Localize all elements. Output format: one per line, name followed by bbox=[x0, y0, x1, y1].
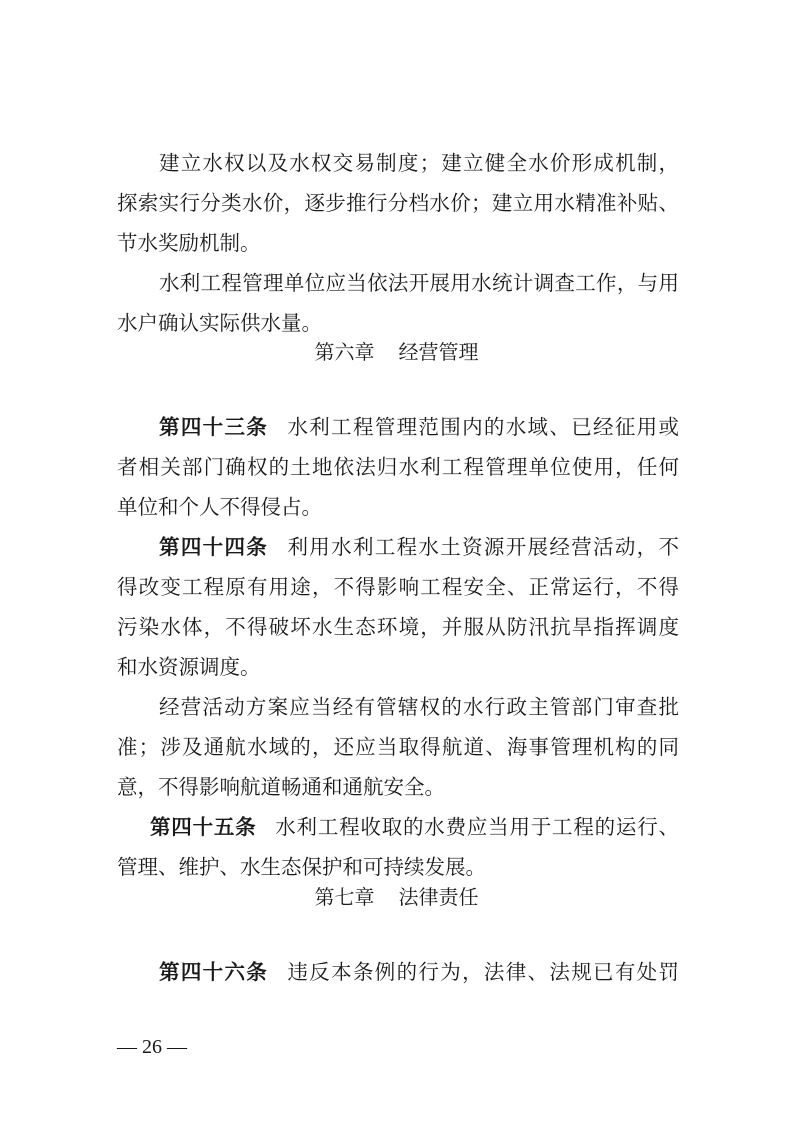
chapter-number: 第七章 bbox=[315, 885, 375, 909]
paragraph-line: 污染水体，不得破坏水生态环境，并服从防汛抗旱指挥调度 bbox=[117, 614, 679, 640]
chapter-heading: 第七章法律责任 bbox=[0, 884, 793, 910]
article-line: 第四十三条水利工程管理范围内的水域、已经征用或 bbox=[159, 414, 679, 440]
paragraph-line: 意，不得影响航道畅通和通航安全。 bbox=[117, 774, 679, 800]
paragraph-line: 经营活动方案应当经有管辖权的水行政主管部门审查批 bbox=[159, 694, 679, 720]
article-line: 第四十五条水利工程收取的水费应当用于工程的运行、 bbox=[150, 814, 679, 840]
chapter-title: 经营管理 bbox=[399, 340, 479, 364]
paragraph-line: 建立水权以及水权交易制度；建立健全水价形成机制， bbox=[159, 150, 679, 176]
article-line: 第四十四条利用水利工程水土资源开展经营活动，不 bbox=[159, 534, 679, 560]
article-line: 第四十六条违反本条例的行为，法律、法规已有处罚 bbox=[159, 959, 679, 985]
paragraph-line: 管理、维护、水生态保护和可持续发展。 bbox=[117, 854, 679, 880]
article-text: 利用水利工程水土资源开展经营活动，不 bbox=[286, 535, 679, 559]
article-text: 水利工程收取的水费应当用于工程的运行、 bbox=[274, 815, 679, 839]
article-label: 第四十六条 bbox=[159, 960, 268, 984]
article-label: 第四十四条 bbox=[159, 535, 268, 559]
chapter-number: 第六章 bbox=[315, 340, 375, 364]
paragraph-line: 水利工程管理单位应当依法开展用水统计调查工作，与用 bbox=[159, 270, 679, 296]
paragraph-line: 探索实行分类水价，逐步推行分档水价；建立用水精准补贴、 bbox=[117, 190, 679, 216]
paragraph-line: 和水资源调度。 bbox=[117, 654, 679, 680]
paragraph-line: 准；涉及通航水域的，还应当取得航道、海事管理机构的同 bbox=[117, 734, 679, 760]
chapter-heading: 第六章经营管理 bbox=[0, 339, 793, 365]
paragraph-line: 者相关部门确权的土地依法归水利工程管理单位使用，任何 bbox=[117, 454, 679, 480]
article-label: 第四十三条 bbox=[159, 415, 268, 439]
paragraph-line: 水户确认实际供水量。 bbox=[117, 310, 679, 336]
paragraph-line: 得改变工程原有用途，不得影响工程安全、正常运行，不得 bbox=[117, 574, 679, 600]
article-text: 违反本条例的行为，法律、法规已有处罚 bbox=[286, 960, 679, 984]
paragraph-line: 节水奖励机制。 bbox=[117, 230, 679, 256]
page-number: — 26 — bbox=[117, 1034, 187, 1060]
paragraph-line: 单位和个人不得侵占。 bbox=[117, 494, 679, 520]
document-page: 建立水权以及水权交易制度；建立健全水价形成机制， 探索实行分类水价，逐步推行分档… bbox=[0, 0, 793, 1122]
article-label: 第四十五条 bbox=[150, 815, 256, 839]
article-text: 水利工程管理范围内的水域、已经征用或 bbox=[286, 415, 679, 439]
chapter-title: 法律责任 bbox=[399, 885, 479, 909]
